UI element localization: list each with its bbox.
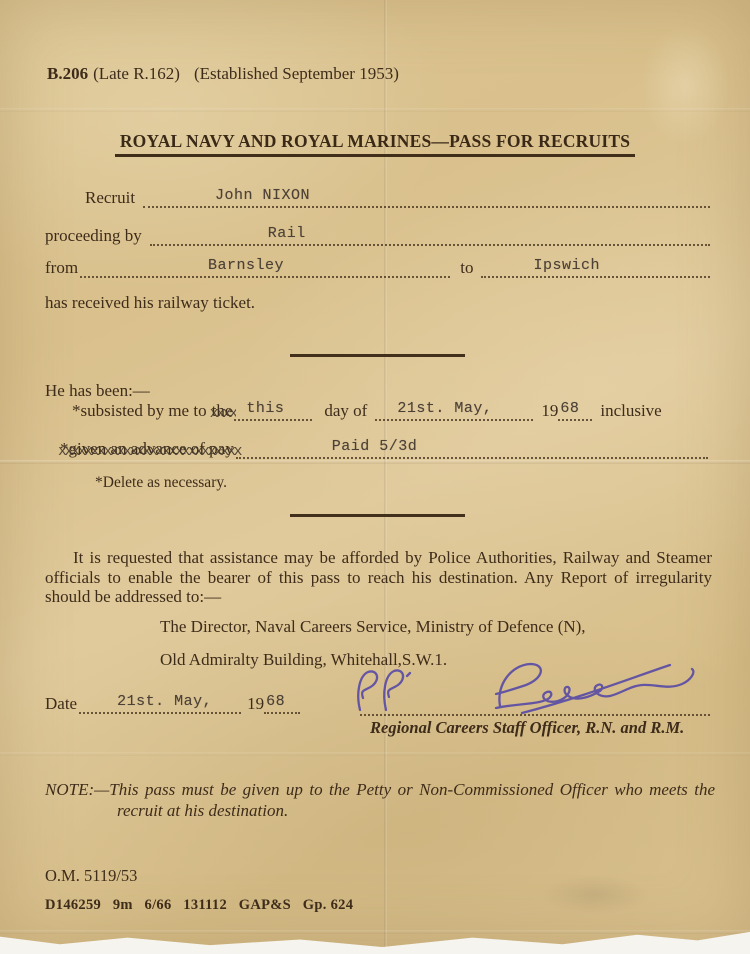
from-label: from: [45, 258, 78, 278]
ticket-statement: has received his railway ticket.: [45, 293, 255, 313]
horizontal-crease: [0, 108, 750, 112]
dotted-line: this: [234, 399, 312, 421]
document-page: B.206 (Late R.162) (Established Septembe…: [0, 0, 750, 948]
print-code-line: D146259 9m 6/66 131112 GAP&S Gp. 624: [45, 897, 353, 914]
date-field-row: Date 21st. May, 19 68: [45, 692, 303, 714]
typed-strikeout: xxxxxxxxxxxxxxxxxxxxxxxxxxxx: [58, 443, 253, 460]
dotted-line: 68: [558, 399, 592, 421]
dotted-line: 21st. May,: [375, 399, 533, 421]
proceeding-field-row: proceeding by Rail: [45, 224, 710, 246]
note-label: NOTE:—: [45, 780, 109, 799]
form-code: B.206: [47, 64, 88, 84]
date-year-value: 68: [266, 693, 285, 710]
recruit-label: Recruit: [85, 188, 135, 208]
signature-caption: Regional Careers Staff Officer, R.N. and…: [370, 718, 684, 738]
assistance-request-paragraph: It is requested that assistance may be a…: [45, 548, 712, 607]
section-divider: [290, 514, 465, 517]
he-has-been-label: He has been:—: [45, 381, 150, 401]
to-label: to: [460, 258, 473, 278]
inclusive-label: inclusive: [600, 401, 661, 421]
subsisted-field-row: *subsisted by me to the xxxx this day of…: [72, 399, 704, 421]
smudge-mark: [540, 875, 650, 915]
note-text: This pass must be given up to the Petty …: [109, 780, 715, 820]
year-value: 68: [560, 400, 579, 417]
dotted-line: Rail: [150, 224, 710, 246]
note-paragraph: NOTE:—This pass must be given up to the …: [45, 779, 715, 821]
recruit-field-row: Recruit John NIXON: [85, 186, 710, 208]
page-title: ROYAL NAVY AND ROYAL MARINES—PASS FOR RE…: [115, 131, 635, 157]
to-value: Ipswich: [533, 257, 600, 274]
advance-value: Paid 5/3d: [332, 438, 418, 455]
proceeding-label: proceeding by: [45, 226, 142, 246]
date-label: Date: [45, 694, 77, 714]
title-row: ROYAL NAVY AND ROYAL MARINES—PASS FOR RE…: [0, 131, 750, 157]
dotted-line: 68: [264, 692, 300, 714]
form-late-ref: (Late R.162): [93, 64, 180, 84]
dotted-line: Paid 5/3d: [236, 437, 708, 459]
recruit-value: John NIXON: [215, 187, 310, 204]
date-value: 21st. May,: [117, 693, 212, 710]
typed-strikeout: xxxx: [210, 405, 236, 422]
from-value: Barnsley: [208, 257, 284, 274]
subsisted-filled-word: this: [246, 400, 284, 417]
struck-advance-label: *given an advance of pay xxxxxxxxxxxxxxx…: [60, 439, 234, 459]
form-reference-line: B.206 (Late R.162) (Established Septembe…: [47, 64, 399, 84]
date-year-prefix: 19: [247, 694, 264, 714]
journey-field-row: from Barnsley to Ipswich: [45, 256, 710, 278]
subsisted-prefix: *subsisted by me to: [72, 401, 207, 421]
year-prefix: 19: [541, 401, 558, 421]
struck-word-the: the xxxx: [212, 401, 233, 421]
horizontal-crease: [0, 752, 750, 756]
signature-dotted-line: [360, 714, 710, 716]
handwritten-signature: [350, 660, 714, 716]
advance-field-row: *given an advance of pay xxxxxxxxxxxxxxx…: [60, 437, 708, 459]
delete-as-necessary-note: *Delete as necessary.: [95, 474, 227, 492]
address-line-1: The Director, Naval Careers Service, Min…: [160, 617, 586, 637]
horizontal-crease: [0, 930, 750, 934]
dotted-line: Ipswich: [481, 256, 710, 278]
horizontal-crease: [0, 460, 750, 464]
day-of-label: day of: [324, 401, 367, 421]
paper-highlight: [640, 25, 730, 145]
subsisted-date-value: 21st. May,: [397, 400, 492, 417]
section-divider: [290, 354, 465, 357]
dotted-line: Barnsley: [80, 256, 450, 278]
om-reference: O.M. 5119/53: [45, 866, 137, 886]
proceeding-value: Rail: [268, 225, 306, 242]
dotted-line: John NIXON: [143, 186, 710, 208]
form-established: (Established September 1953): [194, 64, 399, 84]
dotted-line: 21st. May,: [79, 692, 241, 714]
signature-block: Regional Careers Staff Officer, R.N. and…: [350, 660, 714, 744]
